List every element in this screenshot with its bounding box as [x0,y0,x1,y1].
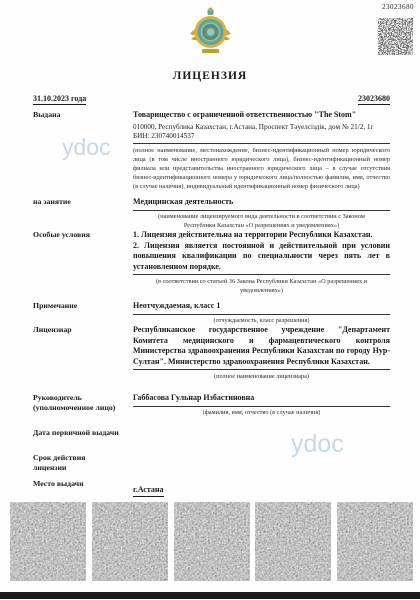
licensee-address: 010000, Республика Казахстан, г.Астана, … [133,123,390,132]
field-activity: на занятие Медицинская деятельность (наи… [33,197,390,230]
field-label-first-issue-date: Дата первичной выдачи [33,428,133,438]
field-first-issue-date: Дата первичной выдачи [33,428,390,438]
first-issue-date-value [133,428,390,438]
validity-value [111,453,368,473]
qr-noise-block-icon [255,502,331,581]
field-note-issued-to: (полное наименование, местонахождение, б… [133,146,390,191]
special-condition-2: 2. Лицензия является постоянной и действ… [133,241,390,273]
divider-line [133,314,390,315]
qr-noise-block-icon [10,502,86,581]
field-note-licensor: (полное наименование лицензиара) [149,372,374,381]
head-label-line2: (уполномоченное лицо) [33,403,129,413]
qr-noise-block-icon [92,502,168,581]
field-label-activity: на занятие [33,197,133,230]
divider-line [133,210,390,211]
field-note-activity: (наименование лицензируемого вида деятел… [149,212,374,230]
field-label-remark: Примечание [33,301,133,325]
field-place-of-issue: Место выдачи г.Астана [33,479,390,497]
issue-date: 31.10.2023 года [33,94,86,105]
page-title: ЛИЦЕНЗИЯ [0,70,420,82]
special-condition-1: 1. Лицензия действительна на территории … [133,230,390,241]
field-label-head: Руководитель (уполномоченное лицо) [33,393,133,417]
divider-line [133,406,390,407]
licensor-value: Республиканское государственное учрежден… [133,325,390,367]
field-note-special-conditions: (в соответствии со статьей 36 Закона Рес… [149,277,374,295]
field-note-head: (фамилия, имя, отчество (в случае наличи… [149,408,374,417]
field-label-licensor: Лицензиар [33,325,133,381]
field-label-issued-to: Выдана [33,110,133,191]
field-head: Руководитель (уполномоченное лицо) Габба… [33,393,390,417]
divider-line [133,143,390,144]
date-number-row: 31.10.2023 года 23023680 [33,94,390,105]
field-note-remark: (отчуждаемость, класс разрешения) [149,316,374,325]
licensee-bin: БИН: 230740014537 [133,132,390,141]
license-document: 23023680 ЛИЦЕНЗИЯ 31.10.2023 года 230236… [0,0,420,600]
field-label-special-conditions: Особые условия [33,230,133,295]
qr-noise-block-icon [337,502,413,581]
document-number-top: 23023680 [382,3,414,11]
license-number: 23023680 [358,94,390,105]
activity-value: Медицинская деятельность [133,197,390,208]
field-label-place-of-issue: Место выдачи [33,479,133,497]
qr-noise-block-icon [174,502,250,581]
scan-edge-bar [0,592,420,599]
remark-value: Неотчуждаемая, класс 1 [133,301,390,312]
divider-line [133,369,390,370]
field-validity: Срок действия лицензии [33,453,390,473]
field-issued-to: Выдана Товарищество с ограниченной ответ… [33,110,390,191]
field-licensor: Лицензиар Республиканское государственно… [33,325,390,381]
field-remark: Примечание Неотчуждаемая, класс 1 (отчуж… [33,301,390,325]
qr-code-icon [378,18,413,55]
head-name: Габбасова Гульнар Избастиновна [133,393,390,404]
divider-line [133,274,390,275]
field-label-validity: Срок действия лицензии [33,453,111,473]
licensee-name: Товарищество с ограниченной ответственно… [133,110,390,121]
qr-code-strip [10,502,413,581]
kazakhstan-coat-of-arms-icon [187,7,234,56]
place-of-issue-value: г.Астана [133,485,164,497]
head-label-line1: Руководитель [33,393,129,403]
field-special-conditions: Особые условия 1. Лицензия действительна… [33,230,390,295]
